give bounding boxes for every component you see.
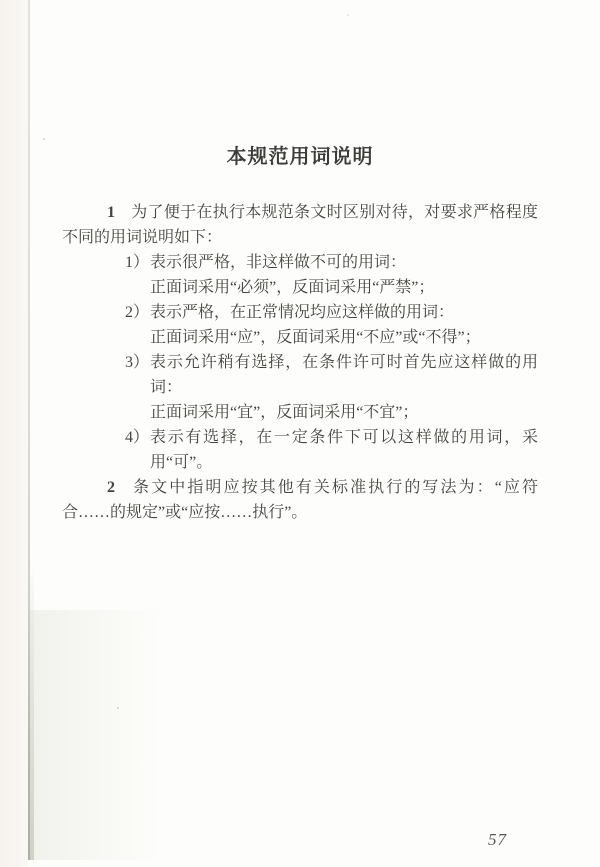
list-item-2: 2） 表示严格，在正常情况均应这样做的用词： 正面词采用“应”，反面词采用“不应… bbox=[62, 300, 538, 350]
list-item-1-subtext: 正面词采用“必须”，反面词采用“严禁”； bbox=[150, 275, 538, 300]
list-item-4-text: 表示有选择，在一定条件下可以这样做的用词，采用“可”。 bbox=[150, 425, 538, 475]
clause-1-number: 1 bbox=[107, 204, 115, 221]
paper-bottom-wash bbox=[30, 610, 160, 860]
list-item-2-marker: 2） bbox=[125, 300, 149, 325]
list-item-3-subtext: 正面词采用“宜”，反面词采用“不宜”； bbox=[150, 400, 538, 425]
list-item-2-subtext: 正面词采用“应”，反面词采用“不应”或“不得”； bbox=[150, 325, 538, 350]
list-item-1: 1） 表示很严格，非这样做不可的用词： 正面词采用“必须”，反面词采用“严禁”； bbox=[62, 250, 538, 300]
list-item-4: 4） 表示有选择，在一定条件下可以这样做的用词，采用“可”。 bbox=[62, 425, 538, 475]
document-body: 1为了便于在执行本规范条文时区别对待，对要求严格程度不同的用词说明如下： 1） … bbox=[62, 200, 538, 525]
scan-speck bbox=[117, 707, 119, 709]
list-item-3-text: 表示允许稍有选择，在条件许可时首先应这样做的用词： bbox=[150, 350, 538, 400]
clause-1-text: 为了便于在执行本规范条文时区别对待，对要求严格程度不同的用词说明如下： bbox=[62, 204, 538, 246]
list-item-3-marker: 3） bbox=[125, 350, 149, 375]
list-item-2-text: 表示严格，在正常情况均应这样做的用词： bbox=[150, 300, 538, 325]
list-item-3: 3） 表示允许稍有选择，在条件许可时首先应这样做的用词： 正面词采用“宜”，反面… bbox=[62, 350, 538, 425]
list-item-4-marker: 4） bbox=[125, 425, 149, 450]
clause-2-number: 2 bbox=[107, 479, 115, 496]
scan-speck bbox=[43, 138, 45, 140]
page-title: 本规范用词说明 bbox=[0, 145, 600, 169]
list-item-1-text: 表示很严格，非这样做不可的用词： bbox=[150, 250, 538, 275]
list-item-1-marker: 1） bbox=[125, 250, 149, 275]
clause-1: 1为了便于在执行本规范条文时区别对待，对要求严格程度不同的用词说明如下： bbox=[62, 200, 538, 250]
clause-2-text: 条文中指明应按其他有关标准执行的写法为：“应符合……的规定”或“应按……执行”。 bbox=[62, 479, 538, 521]
clause-2: 2条文中指明应按其他有关标准执行的写法为：“应符合……的规定”或“应按……执行”… bbox=[62, 475, 538, 525]
page-number: 57 bbox=[488, 830, 507, 850]
book-edge-strip bbox=[0, 0, 28, 867]
scan-speck bbox=[347, 14, 349, 16]
scanned-document-page: 本规范用词说明 1为了便于在执行本规范条文时区别对待，对要求严格程度不同的用词说… bbox=[0, 0, 600, 867]
